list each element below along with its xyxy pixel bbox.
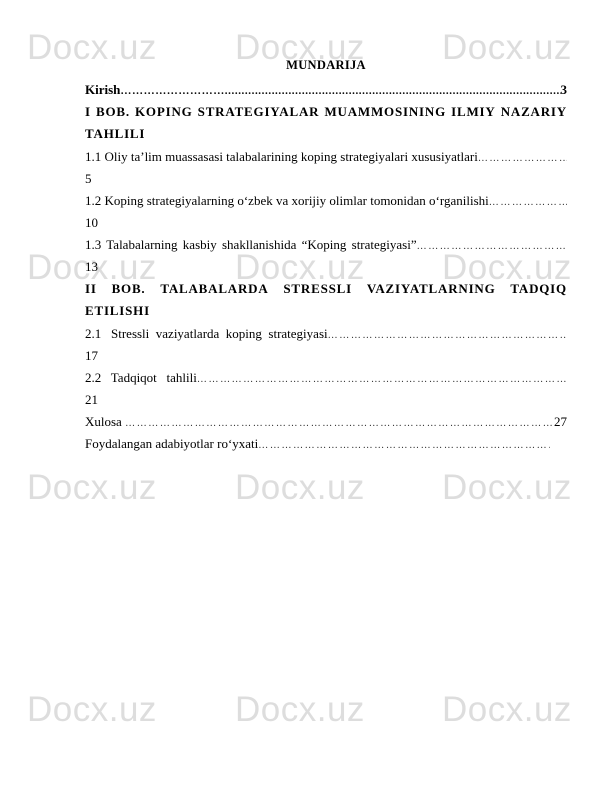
toc-entry-text: 2.1 Stressli vaziyatlarda koping strateg… [85,326,328,341]
heading-word: II [85,281,97,296]
dot-leader: …………………………………………………………………………………………………… [328,328,567,343]
toc-chapter-2-heading[interactable]: II BOB. TALABALARDA STRESSLI VAZIYATLARN… [85,281,567,296]
dot-leader: …………………………………………………………………………………………………………… [125,416,554,431]
dot-leader: …………………………………………………………………………………………………………… [197,372,567,387]
heading-word: BOB. [112,281,146,296]
dot-leader: ……………………………………………………… [417,239,567,254]
toc-entry-text: 1.3 Talabalarning kasbiy shakllanishida … [85,237,417,252]
toc-chapter-2-heading-cont: ETILISHI [85,303,567,318]
toc-page-number: 5 [85,171,567,186]
toc-chapter-1-heading-cont: TAHLILI [85,126,567,141]
toc-entry-xulosa[interactable]: Xulosa ………………………………………………………………………………………… [85,414,567,431]
toc-page-number: 17 [85,348,567,363]
watermark: Docx.uz [442,692,572,727]
toc-entry-2-2[interactable]: 2.2 Tadqiqot tahlili …………………………………………………… [85,370,567,387]
heading-word: TALABALARDA [160,281,268,296]
heading-word: STRATEGIYALAR [198,104,320,119]
heading-word: NAZARIY [501,104,567,119]
toc-page-number: 21 [85,392,567,407]
toc-page-number: 13 [85,259,567,274]
watermark: Docx.uz [235,470,365,505]
toc-page-number: 27 [554,414,567,429]
watermark: Docx.uz [442,470,572,505]
toc-entry-text: Xulosa [85,414,125,429]
toc-entry-references[interactable]: Foydalangan adabiyotlar ro‘yxati …………………… [85,436,550,453]
watermark: Docx.uz [27,470,157,505]
toc-entry-1-3[interactable]: 1.3 Talabalarning kasbiy shakllanishida … [85,237,567,254]
dot-leader: …………………… [489,195,567,210]
watermark: Docx.uz [235,692,365,727]
heading-word: VAZIYATLARNING [367,281,496,296]
dot-leader: …………………… [478,151,567,166]
watermark: Docx.uz [27,692,157,727]
dot-leader: ……………………………………………………………………………………………….. [258,438,550,453]
toc-entry-kirish[interactable]: Kirish ………………………........................… [85,82,567,99]
heading-word: TADQIQ [510,281,567,296]
toc-entry-text: 1.1 Oliy ta’lim muassasasi talabalarinin… [85,149,478,164]
toc-entry-1-1[interactable]: 1.1 Oliy ta’lim muassasasi talabalarinin… [85,149,567,166]
toc-entry-2-1[interactable]: 2.1 Stressli vaziyatlarda koping strateg… [85,326,567,343]
heading-word: STRESSLI [283,281,352,296]
toc-entry-text: 1.2 Koping strategiyalarning o‘zbek va x… [85,193,489,208]
toc-page-number: 10 [85,215,567,230]
toc-entry-text: 2.2 Tadqiqot tahlili [85,370,197,385]
toc-title: MUNDARIJA [85,58,567,73]
heading-word: MUAMMOSINING [324,104,446,119]
heading-word: I [85,104,91,119]
toc-chapter-1-heading[interactable]: I BOB. KOPING STRATEGIYALAR MUAMMOSINING… [85,104,567,119]
toc-entry-text: Foydalangan adabiyotlar ro‘yxati [85,436,258,451]
heading-word: BOB. [96,104,130,119]
heading-word: ILMIY [451,104,495,119]
dot-leader: ………………………...............................… [120,84,560,99]
toc-page-number: 3 [561,82,568,97]
heading-word: KOPING [135,104,193,119]
toc-entry-text: Kirish [85,82,120,97]
toc-entry-1-2[interactable]: 1.2 Koping strategiyalarning o‘zbek va x… [85,193,567,210]
